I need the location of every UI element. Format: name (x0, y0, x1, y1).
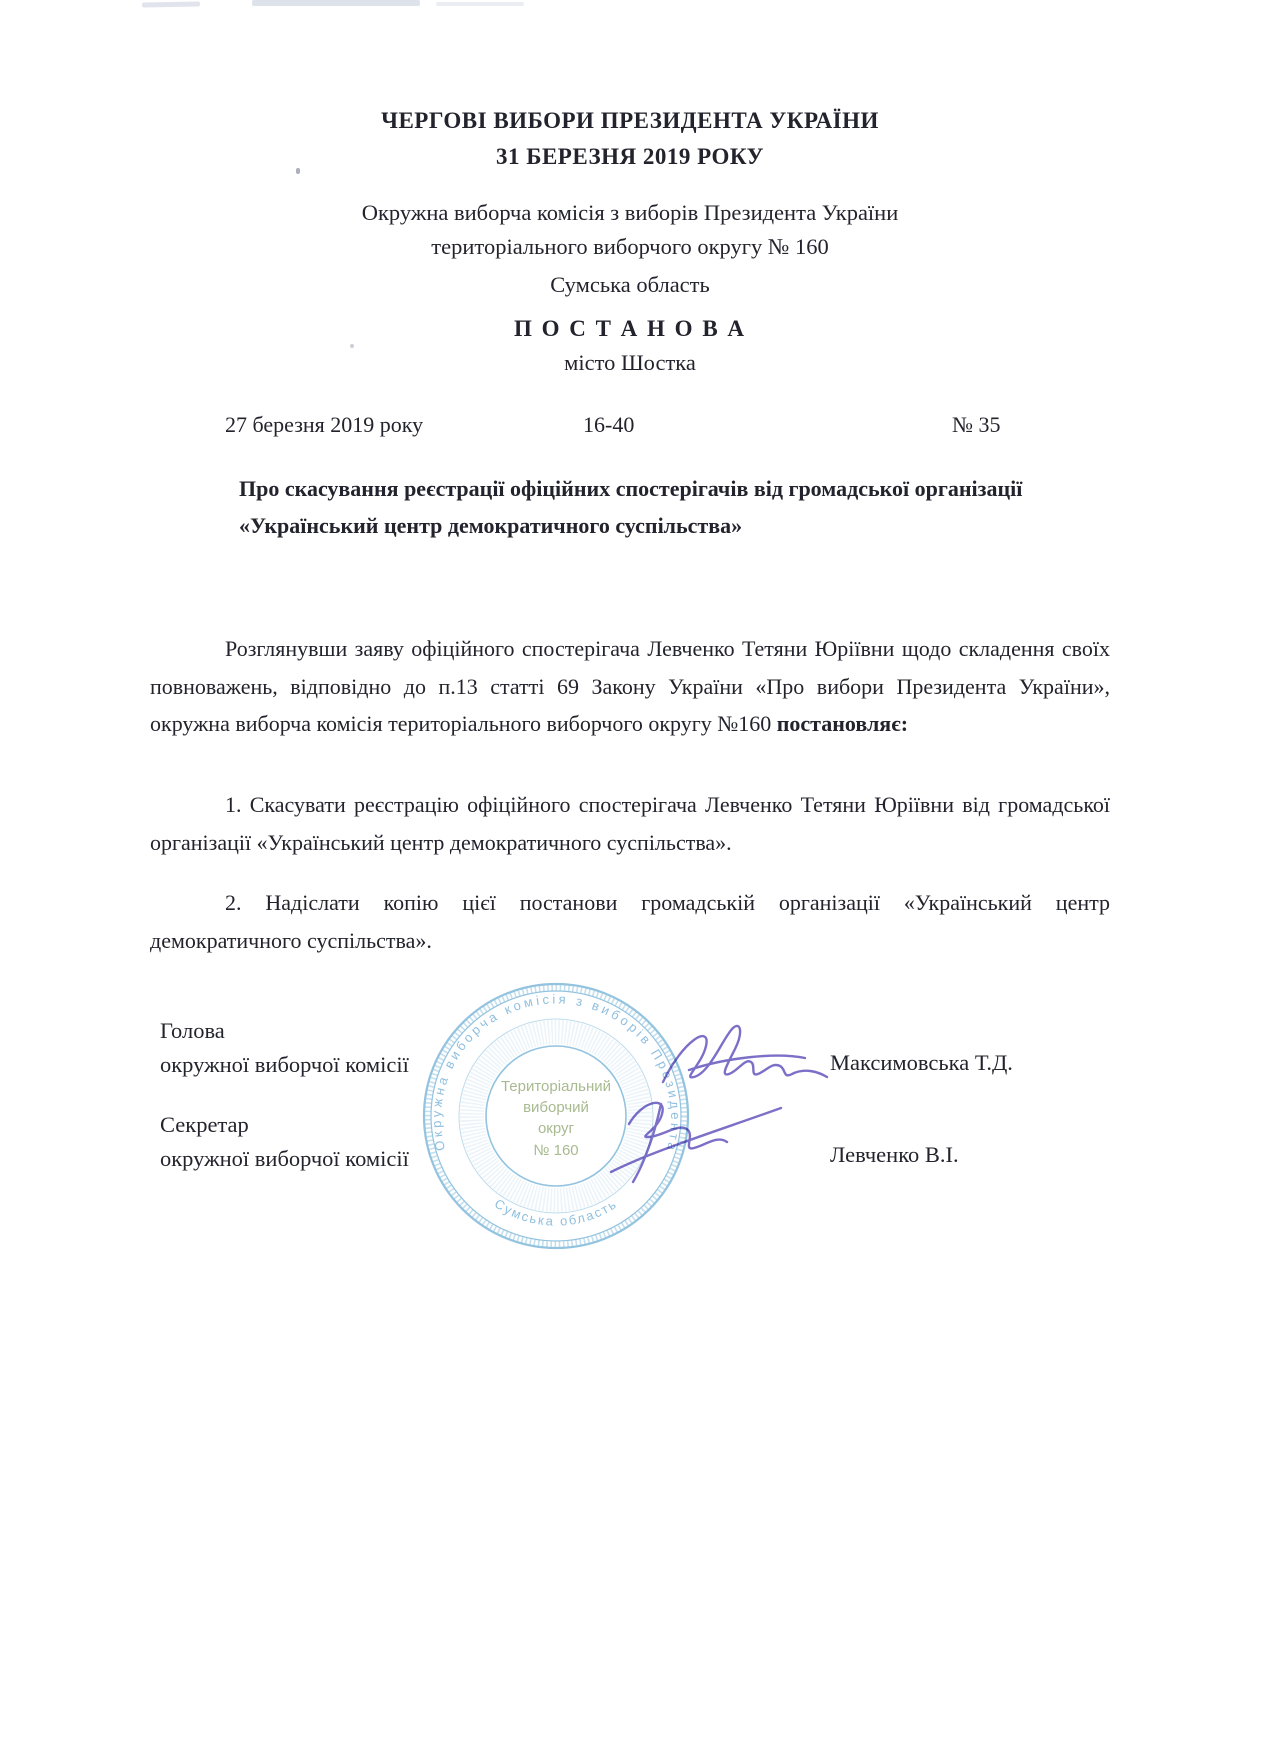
scan-smudge (436, 2, 524, 6)
intro-text: Розглянувши заяву офіційного спостерігач… (150, 636, 1110, 736)
signature-stroke (633, 1104, 661, 1182)
stamp-center-line-4: № 160 (533, 1142, 578, 1159)
secretary-name: Левченко В.І. (830, 1142, 959, 1168)
document-page: ЧЕРГОВІ ВИБОРИ ПРЕЗИДЕНТА УКРАЇНИ 31 БЕР… (0, 0, 1276, 1755)
stamp-center-line-2: виборчий (523, 1099, 589, 1116)
title-line-1: ЧЕРГОВІ ВИБОРИ ПРЕЗИДЕНТА УКРАЇНИ (150, 103, 1110, 139)
document-time: 16-40 (583, 412, 634, 438)
document-title: ЧЕРГОВІ ВИБОРИ ПРЕЗИДЕНТА УКРАЇНИ 31 БЕР… (150, 103, 1110, 175)
intro-paragraph: Розглянувши заяву офіційного спостерігач… (150, 630, 1110, 743)
scan-smudge (142, 1, 200, 7)
commission-line-1: Окружна виборча комісія з виборів Презид… (150, 196, 1110, 230)
signature-stroke (629, 1103, 727, 1149)
document-type: П О С Т А Н О В А (150, 316, 1110, 342)
chair-role-line-1: Голова (160, 1014, 409, 1048)
document-date: 27 березня 2019 року (225, 412, 423, 438)
svg-text:Сумська область: Сумська область (492, 1196, 620, 1229)
region-name: Сумська область (150, 272, 1110, 298)
secretary-role: Секретар окружної виборчої комісії (160, 1108, 409, 1176)
chair-role-line-2: окружної виборчої комісії (160, 1048, 409, 1082)
commission-name: Окружна виборча комісія з виборів Презид… (150, 196, 1110, 264)
resolution-item-2: 2. Надіслати копію цієї постанови громад… (150, 884, 1110, 959)
secretary-role-line-1: Секретар (160, 1108, 409, 1142)
secretary-role-line-2: окружної виборчої комісії (160, 1142, 409, 1176)
signature-stroke (663, 1026, 827, 1082)
scan-speck (350, 344, 354, 348)
document-subject: Про скасування реєстрації офіційних спос… (239, 470, 1061, 544)
intro-resolves-word: постановляє: (777, 711, 908, 736)
secretary-signature (595, 1092, 790, 1190)
title-line-2: 31 БЕРЕЗНЯ 2019 РОКУ (150, 139, 1110, 175)
scan-smudge (252, 0, 420, 6)
resolution-item-1: 1. Скасувати реєстрацію офіційного спост… (150, 786, 1110, 861)
stamp-bottom-text: Сумська область (492, 1196, 620, 1229)
city-name: місто Шостка (150, 350, 1110, 376)
chair-role: Голова окружної виборчої комісії (160, 1014, 409, 1082)
signature-stroke (611, 1108, 781, 1172)
document-number: № 35 (952, 412, 1001, 438)
commission-line-2: територіального виборчого округу № 160 (150, 230, 1110, 264)
stamp-center-line-3: округ (538, 1120, 575, 1137)
